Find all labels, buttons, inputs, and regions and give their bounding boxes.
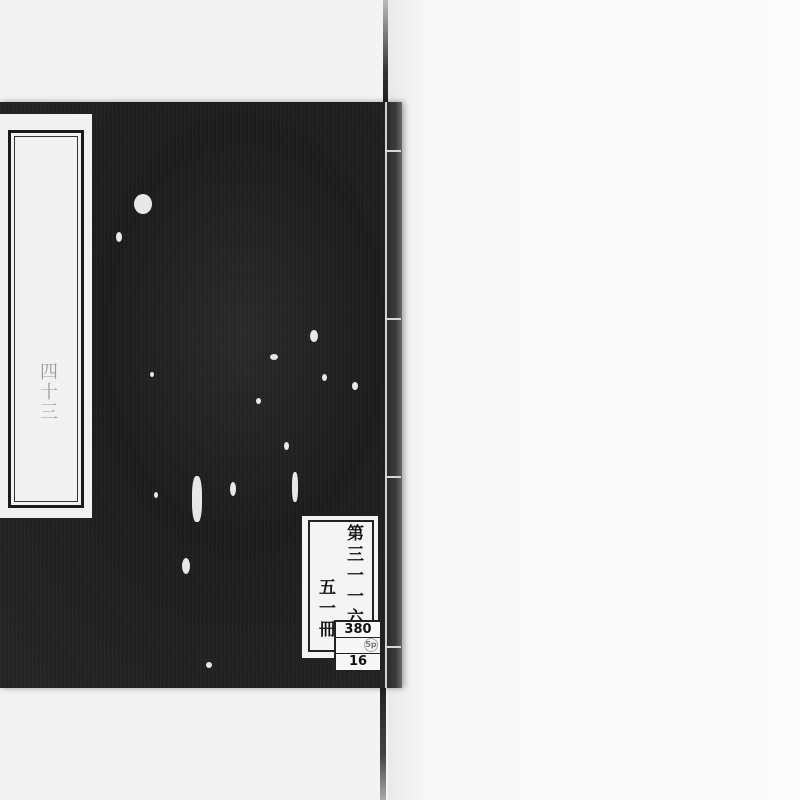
accession-stamp: 5p — [364, 638, 378, 652]
wear-fleck — [284, 442, 289, 450]
wear-fleck — [150, 372, 154, 377]
wear-fleck — [192, 476, 202, 522]
binding-stitch — [385, 318, 401, 320]
wear-fleck — [270, 354, 278, 360]
binding-stitch — [385, 150, 401, 152]
volume-count: 五一冊 — [314, 578, 336, 641]
spine-shadow-top — [383, 0, 388, 102]
wear-fleck — [256, 398, 261, 404]
spine-shadow-bottom — [380, 688, 386, 800]
wear-fleck — [116, 232, 122, 242]
accession-stamp-row: 5p — [336, 638, 380, 654]
title-slip-inner-border — [14, 136, 78, 502]
binding-thread — [385, 102, 387, 688]
call-number: 第三一一六 — [342, 524, 364, 629]
accession-number: 380 — [336, 622, 380, 638]
scan-background-right — [388, 0, 800, 800]
wear-fleck — [134, 194, 152, 214]
spine-edge — [386, 102, 402, 688]
wear-fleck — [292, 472, 298, 502]
accession-copy: 16 — [336, 654, 380, 669]
title-handwriting: 四十三 — [36, 362, 60, 422]
wear-fleck — [322, 374, 327, 381]
wear-fleck — [206, 662, 212, 668]
wear-fleck — [230, 482, 236, 496]
title-slip: 四十三 — [0, 114, 92, 518]
accession-tag: 380 5p 16 — [334, 620, 382, 672]
wear-fleck — [182, 558, 190, 574]
binding-stitch — [385, 646, 401, 648]
wear-fleck — [154, 492, 158, 498]
wear-fleck — [352, 382, 358, 390]
binding-stitch — [385, 476, 401, 478]
wear-fleck — [310, 330, 318, 342]
